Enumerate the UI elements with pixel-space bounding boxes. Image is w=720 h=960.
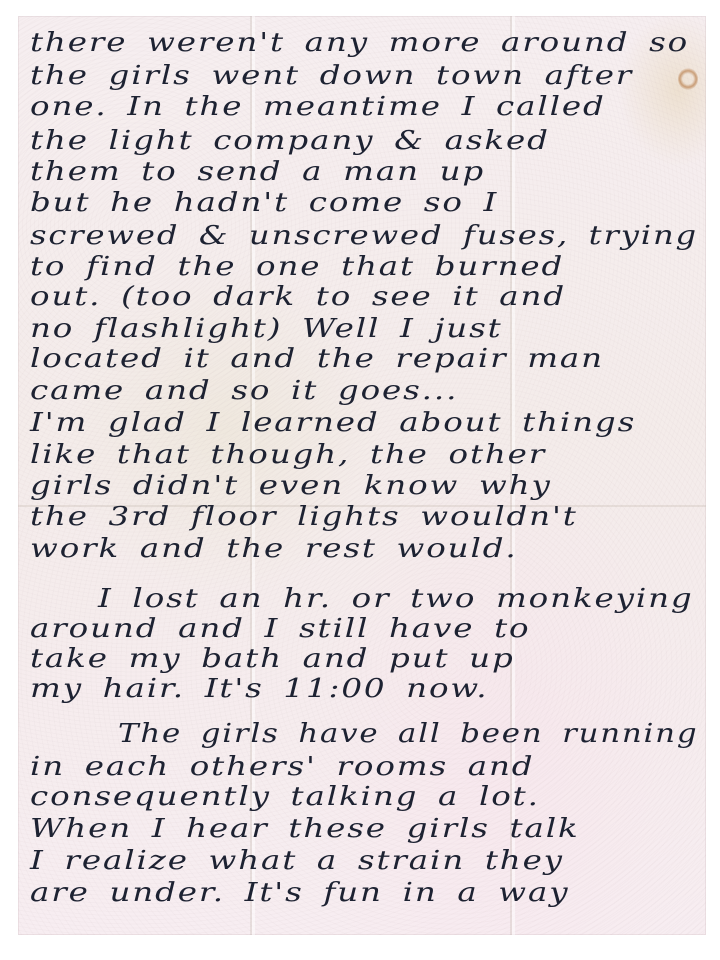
letter-line: work and the rest would. <box>30 534 518 564</box>
letter-line: out. (too dark to see it and <box>30 282 566 312</box>
ink-stain <box>678 68 698 90</box>
letter-line: I lost an hr. or two monkeying <box>98 584 694 614</box>
letter-line: them to send a man up <box>30 157 485 187</box>
letter-line: screwed & unscrewed fuses, trying <box>30 221 698 251</box>
letter-line: one. In the meantime I called <box>30 92 606 122</box>
letter-line: to find the one that burned <box>30 252 564 282</box>
letter-line: like that though, the other <box>30 440 546 470</box>
letter-line: but he hadn't come so I <box>30 188 498 218</box>
letter-line: the girls went down town after <box>30 61 633 91</box>
letter-line: there weren't any more around so <box>30 28 689 58</box>
letter-line: I realize what a strain they <box>30 846 564 876</box>
letter-line: no flashlight) Well I just <box>30 314 503 344</box>
letter-line: are under. It's fun in a way <box>30 878 569 908</box>
letter-line: located it and the repair man <box>30 344 604 374</box>
letter-line: in each others' rooms and <box>30 752 534 782</box>
letter-line: came and so it goes... <box>30 376 458 406</box>
letter-line: my hair. It's 11:00 now. <box>30 674 488 704</box>
letter-line: girls didn't even know why <box>30 471 552 501</box>
letter-line: around and I still have to <box>30 614 530 644</box>
letter-line: take my bath and put up <box>30 644 515 674</box>
letter-line: the 3rd floor lights wouldn't <box>30 502 578 532</box>
letter-line: I'm glad I learned about things <box>30 408 636 438</box>
letter-line: the light company & asked <box>30 126 550 156</box>
letter-line: The girls have all been running <box>118 719 698 749</box>
letter-line: consequently talking a lot. <box>30 782 540 812</box>
letter-page: there weren't any more around so the gir… <box>18 16 706 935</box>
letter-line: When I hear these girls talk <box>30 814 580 844</box>
